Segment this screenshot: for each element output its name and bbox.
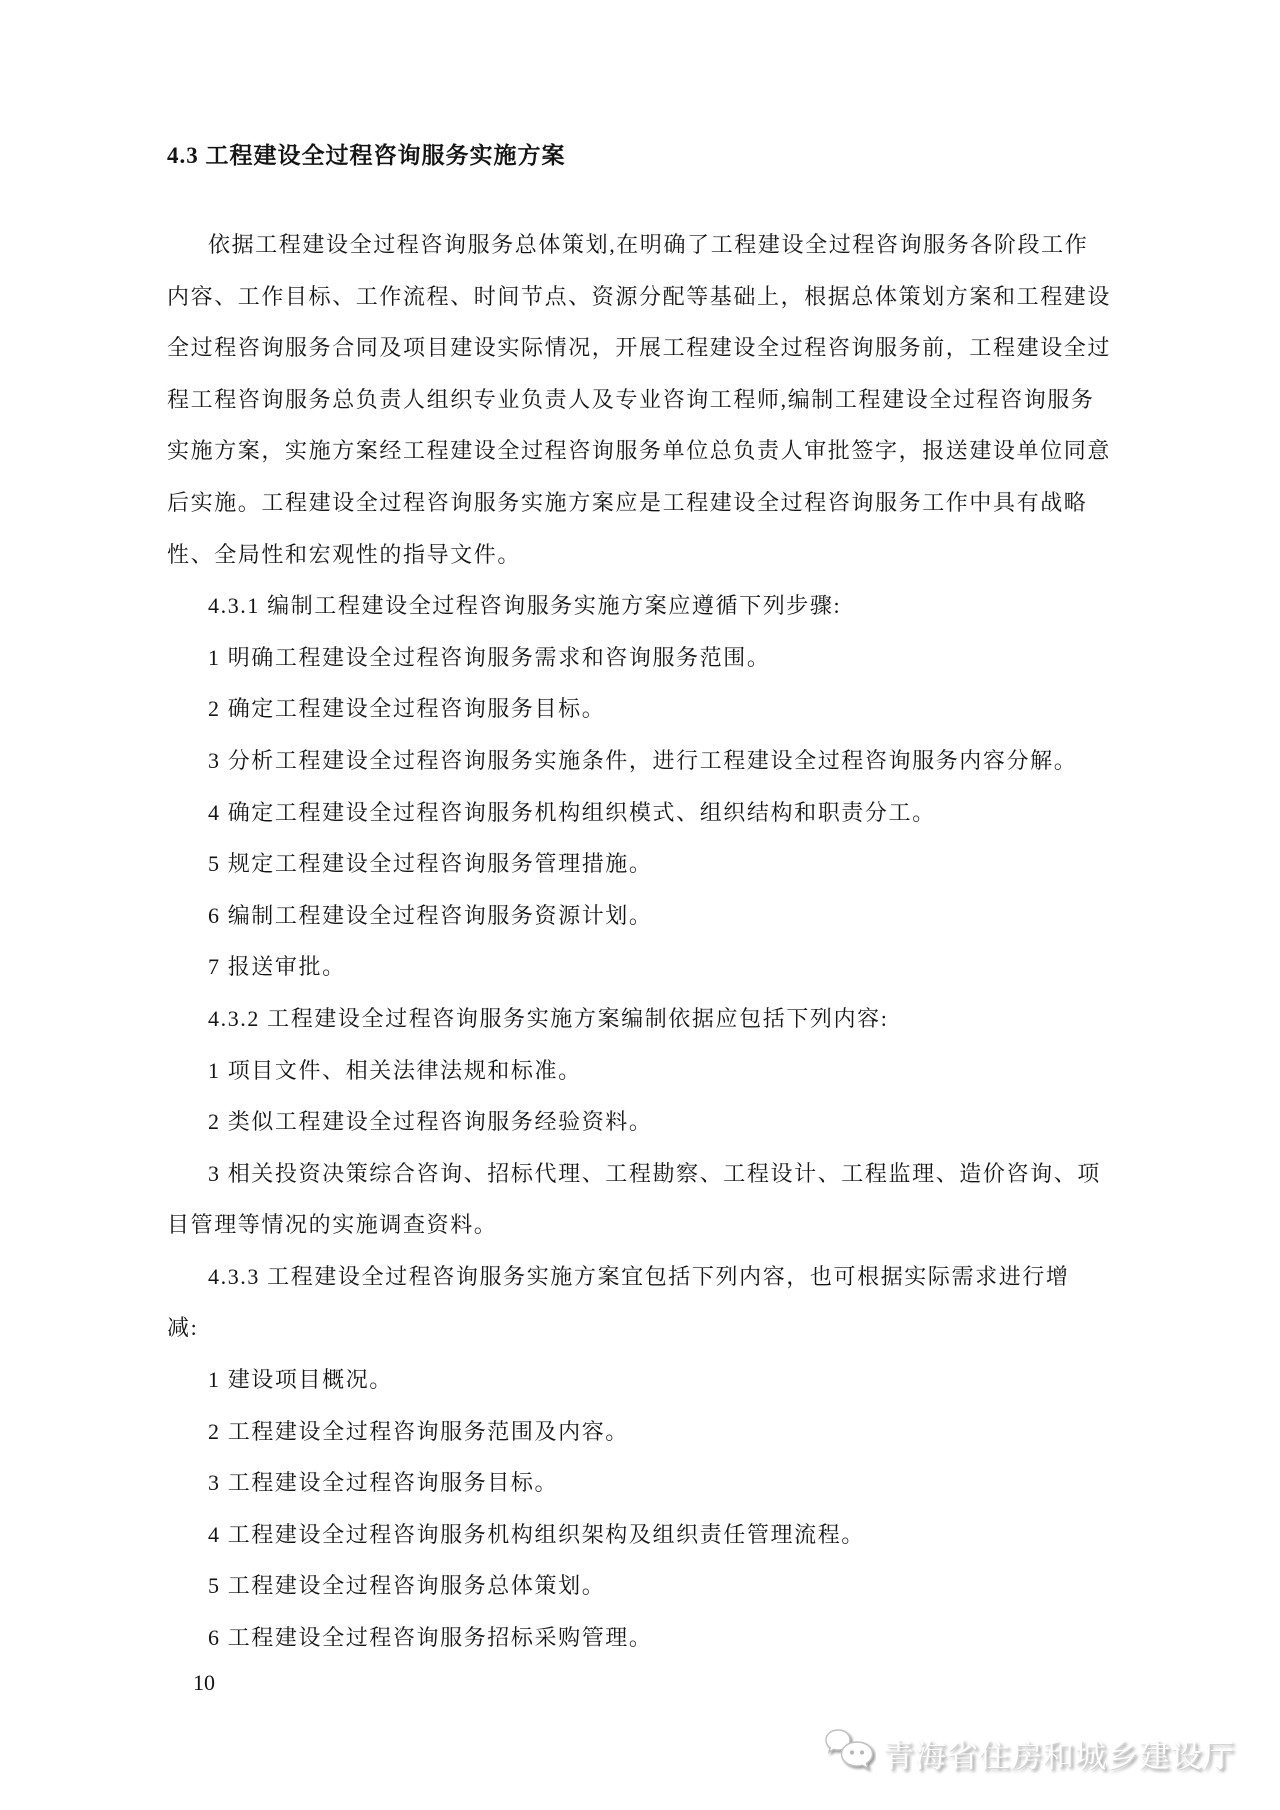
doc-line: 目管理等情况的实施调查资料。 — [167, 1199, 1117, 1251]
wechat-watermark: 青海省住房和城乡建设厅 — [824, 1726, 1235, 1781]
doc-line: 7 报送审批。 — [167, 941, 1117, 993]
doc-line: 4.3.1 编制工程建设全过程咨询服务实施方案应遵循下列步骤: — [167, 580, 1117, 632]
section-title: 4.3 工程建设全过程咨询服务实施方案 — [167, 141, 1117, 171]
doc-line: 4.3.2 工程建设全过程咨询服务实施方案编制依据应包括下列内容: — [167, 993, 1117, 1045]
doc-line: 实施方案，实施方案经工程建设全过程咨询服务单位总负责人审批签字，报送建设单位同意 — [167, 425, 1117, 477]
doc-line: 减: — [167, 1302, 1117, 1354]
doc-line: 1 项目文件、相关法律法规和标准。 — [167, 1045, 1117, 1097]
doc-line: 全过程咨询服务合同及项目建设实际情况，开展工程建设全过程咨询服务前，工程建设全过 — [167, 322, 1117, 374]
doc-line: 1 明确工程建设全过程咨询服务需求和咨询服务范围。 — [167, 632, 1117, 684]
doc-line: 内容、工作目标、工作流程、时间节点、资源分配等基础上，根据总体策划方案和工程建设 — [167, 271, 1117, 323]
doc-line: 后实施。工程建设全过程咨询服务实施方案应是工程建设全过程咨询服务工作中具有战略 — [167, 477, 1117, 529]
watermark-text: 青海省住房和城乡建设厅 — [883, 1731, 1235, 1776]
doc-line: 依据工程建设全过程咨询服务总体策划,在明确了工程建设全过程咨询服务各阶段工作 — [167, 219, 1117, 271]
doc-line: 1 建设项目概况。 — [167, 1354, 1117, 1406]
doc-line: 6 工程建设全过程咨询服务招标采购管理。 — [167, 1612, 1117, 1664]
doc-line: 3 相关投资决策综合咨询、招标代理、工程勘察、工程设计、工程监理、造价咨询、项 — [167, 1148, 1117, 1200]
document-page: 4.3 工程建设全过程咨询服务实施方案 依据工程建设全过程咨询服务总体策划,在明… — [0, 0, 1280, 1810]
wechat-icon — [824, 1726, 876, 1781]
doc-line: 3 工程建设全过程咨询服务目标。 — [167, 1457, 1117, 1509]
doc-line: 4 工程建设全过程咨询服务机构组织架构及组织责任管理流程。 — [167, 1509, 1117, 1561]
doc-line: 2 工程建设全过程咨询服务范围及内容。 — [167, 1406, 1117, 1458]
doc-line: 4 确定工程建设全过程咨询服务机构组织模式、组织结构和职责分工。 — [167, 787, 1117, 839]
doc-line: 2 确定工程建设全过程咨询服务目标。 — [167, 683, 1117, 735]
doc-line: 程工程咨询服务总负责人组织专业负责人及专业咨询工程师,编制工程建设全过程咨询服务 — [167, 374, 1117, 426]
doc-line: 4.3.3 工程建设全过程咨询服务实施方案宜包括下列内容，也可根据实际需求进行增 — [167, 1251, 1117, 1303]
doc-line: 3 分析工程建设全过程咨询服务实施条件，进行工程建设全过程咨询服务内容分解。 — [167, 735, 1117, 787]
doc-line: 5 规定工程建设全过程咨询服务管理措施。 — [167, 838, 1117, 890]
doc-line: 性、全局性和宏观性的指导文件。 — [167, 529, 1117, 581]
doc-line: 2 类似工程建设全过程咨询服务经验资料。 — [167, 1096, 1117, 1148]
document-content: 4.3 工程建设全过程咨询服务实施方案 依据工程建设全过程咨询服务总体策划,在明… — [167, 141, 1117, 1664]
doc-line: 5 工程建设全过程咨询服务总体策划。 — [167, 1560, 1117, 1612]
page-number: 10 — [193, 1668, 215, 1698]
doc-line: 6 编制工程建设全过程咨询服务资源计划。 — [167, 890, 1117, 942]
